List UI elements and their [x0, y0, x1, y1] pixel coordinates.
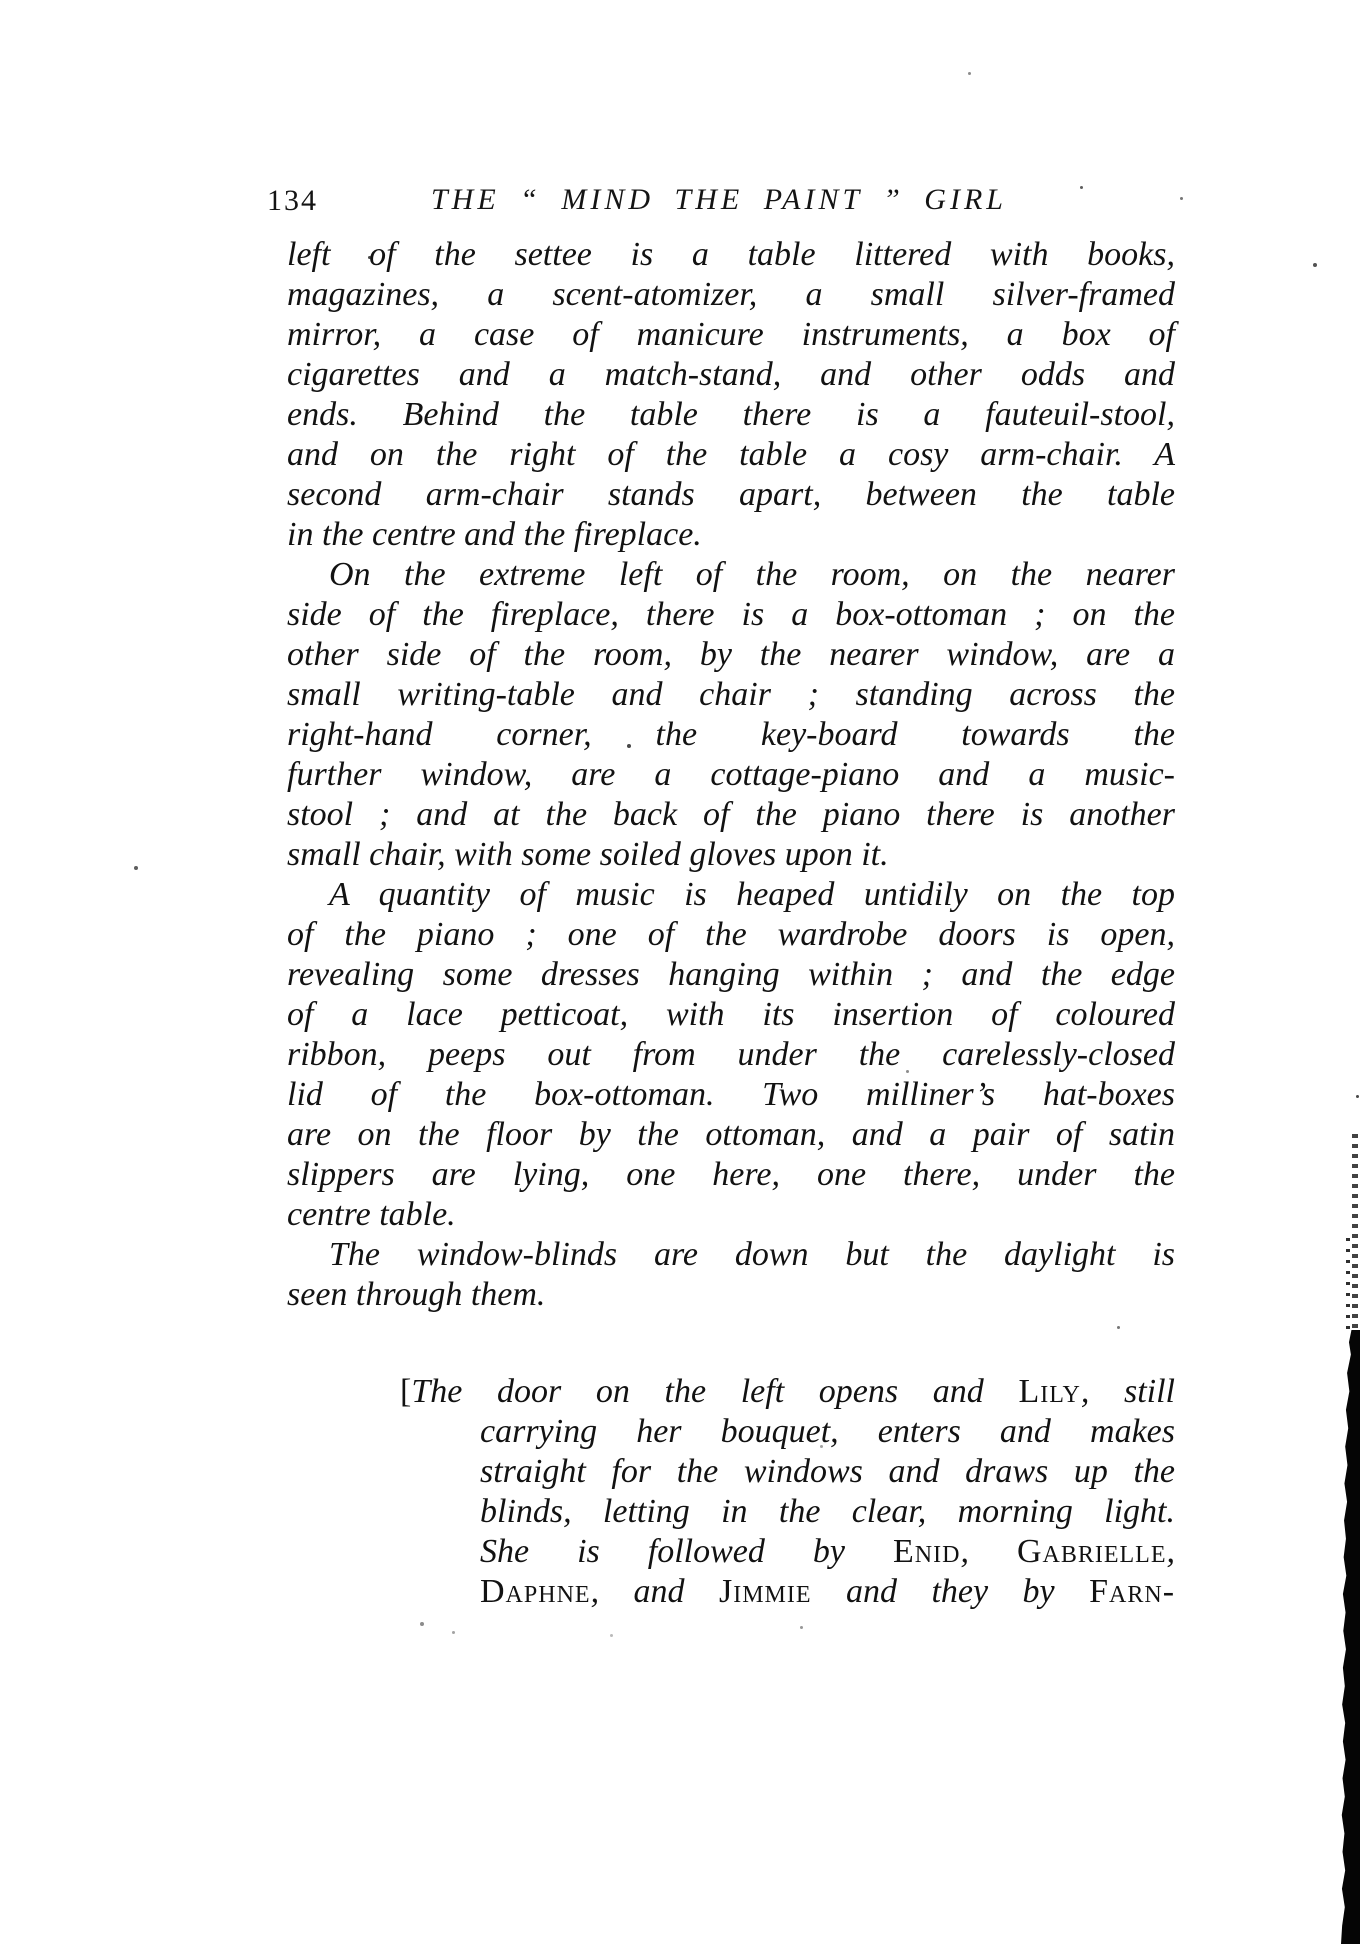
stage-direction-line: She is followed by Enid, Gabrielle, — [400, 1532, 1175, 1572]
text-line: and on the right of the table a cosy arm… — [287, 435, 1175, 475]
text-line: magazines, a scent-atomizer, a small sil… — [287, 275, 1175, 315]
text-line: small writing-table and chair ; standing… — [287, 675, 1175, 715]
stage-direction-line: carrying her bouquet, enters and makes — [400, 1412, 1175, 1452]
text-line: centre table. — [287, 1195, 1175, 1235]
paragraph: The window-blinds are down but the dayli… — [287, 1235, 1175, 1315]
ink-speck — [820, 1445, 823, 1448]
text-line: The window-blinds are down but the dayli… — [287, 1235, 1175, 1275]
text-line: cigarettes and a match-stand, and other … — [287, 355, 1175, 395]
character-name: Jimmie — [719, 1573, 812, 1610]
ink-speck — [420, 1622, 424, 1626]
character-name: Lily — [1018, 1373, 1080, 1410]
text-line: On the extreme left of the room, on the … — [287, 555, 1175, 595]
paragraph: left of the settee is a table littered w… — [287, 235, 1175, 555]
stage-direction-line: [The door on the left opens and Lily, st… — [400, 1372, 1175, 1412]
ink-speck — [906, 1070, 909, 1073]
text-line: small chair, with some soiled gloves upo… — [287, 835, 1175, 875]
text-line: further window, are a cottage-piano and … — [287, 755, 1175, 795]
scan-artifact-speckles — [1346, 1238, 1350, 1333]
ink-speck — [1356, 1095, 1359, 1098]
text-line: mirror, a case of manicure instruments, … — [287, 315, 1175, 355]
scan-artifact-band — [1341, 1330, 1360, 1944]
page-number: 134 — [267, 186, 318, 216]
stage-direction: [The door on the left opens and Lily, st… — [400, 1372, 1175, 1612]
ink-speck — [800, 1626, 803, 1629]
body-text: left of the settee is a table littered w… — [287, 235, 1175, 1612]
text-line: left of the settee is a table littered w… — [287, 235, 1175, 275]
ink-speck — [452, 1631, 455, 1634]
text-line: ends. Behind the table there is a fauteu… — [287, 395, 1175, 435]
ink-speck — [368, 256, 371, 259]
ink-speck — [1313, 263, 1317, 267]
stage-direction-line: Daphne, and Jimmie and they by Farn- — [400, 1572, 1175, 1612]
character-name: Enid — [893, 1533, 960, 1570]
ink-speck — [968, 72, 971, 75]
text-line: other side of the room, by the nearer wi… — [287, 635, 1175, 675]
stage-bracket: [ — [400, 1373, 411, 1410]
character-name: Daphne — [480, 1573, 591, 1610]
text-line: second arm-chair stands apart, between t… — [287, 475, 1175, 515]
scan-artifact-speckles — [1352, 1128, 1358, 1332]
character-name: Gabrielle — [1017, 1533, 1167, 1570]
text-line: ribbon, peeps out from under the careles… — [287, 1035, 1175, 1075]
text-line: of the piano ; one of the wardrobe doors… — [287, 915, 1175, 955]
book-page: 134 THE “ MIND THE PAINT ” GIRL left of … — [0, 0, 1360, 1944]
ink-speck — [627, 744, 631, 748]
text-line: stool ; and at the back of the piano the… — [287, 795, 1175, 835]
text-line: side of the fireplace, there is a box-ot… — [287, 595, 1175, 635]
character-name: Farn- — [1089, 1573, 1175, 1610]
text-line: revealing some dresses hanging within ; … — [287, 955, 1175, 995]
ink-speck — [1080, 186, 1083, 189]
ink-speck — [134, 866, 138, 870]
running-title: THE “ MIND THE PAINT ” GIRL — [431, 185, 1007, 215]
ink-speck — [1117, 1326, 1120, 1329]
text-line: slippers are lying, one here, one there,… — [287, 1155, 1175, 1195]
text-line: right-hand corner, the key-board towards… — [287, 715, 1175, 755]
paragraph: A quantity of music is heaped untidily o… — [287, 875, 1175, 1235]
text-line: in the centre and the fireplace. — [287, 515, 1175, 555]
text-line: lid of the box-ottoman. Two milliner’s h… — [287, 1075, 1175, 1115]
stage-direction-line: blinds, letting in the clear, morning li… — [400, 1492, 1175, 1532]
text-line: of a lace petticoat, with its insertion … — [287, 995, 1175, 1035]
text-line: are on the floor by the ottoman, and a p… — [287, 1115, 1175, 1155]
paragraph: On the extreme left of the room, on the … — [287, 555, 1175, 875]
text-line: A quantity of music is heaped untidily o… — [287, 875, 1175, 915]
ink-speck — [1180, 197, 1183, 200]
ink-speck — [610, 1634, 613, 1637]
text-line: seen through them. — [287, 1275, 1175, 1315]
stage-direction-line: straight for the windows and draws up th… — [400, 1452, 1175, 1492]
